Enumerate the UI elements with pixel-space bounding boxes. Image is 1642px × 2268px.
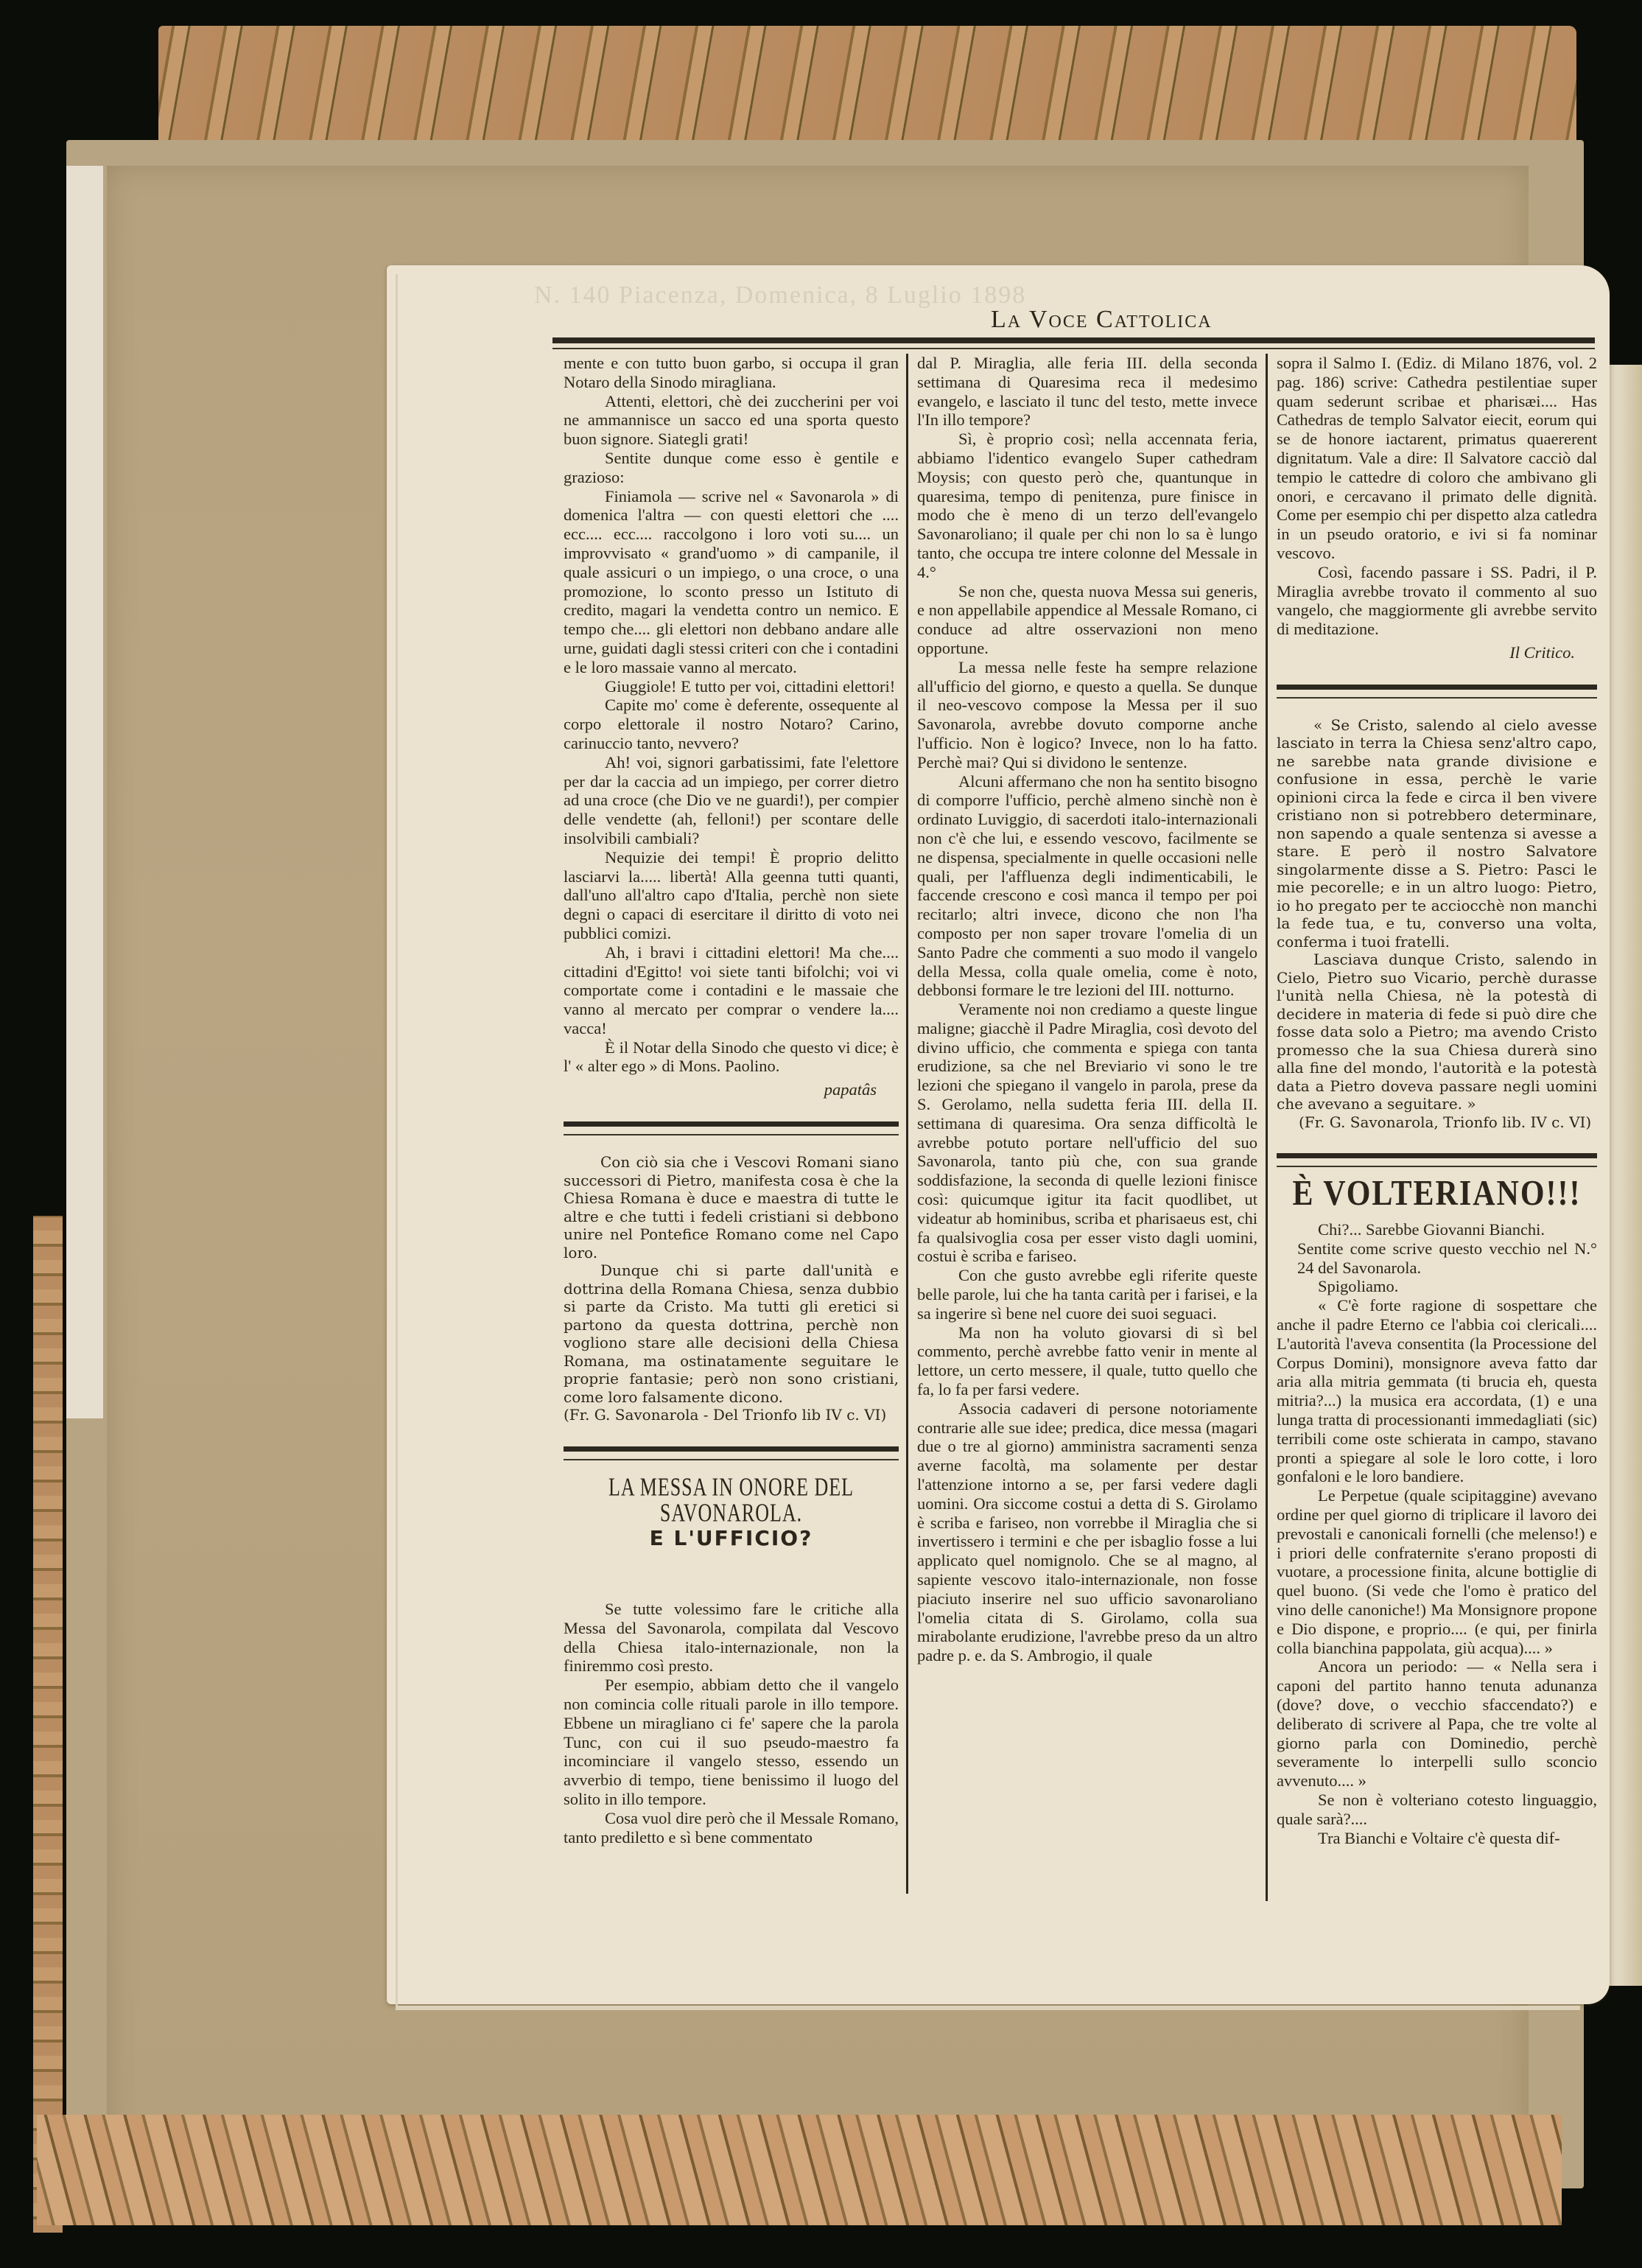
paragraph: Le Perpetue (quale scipitaggine) avevano…	[1277, 1486, 1597, 1657]
paragraph: Se non che, questa nuova Messa sui gener…	[917, 582, 1257, 658]
section-separator	[564, 1121, 899, 1135]
paper-edge-strip	[66, 166, 103, 1418]
paragraph: Ah! voi, signori garbatissimi, fate l'el…	[564, 753, 899, 848]
paragraph: Nequizie dei tempi! È proprio delitto la…	[564, 848, 899, 943]
article-headline: LA MESSA IN ONORE DEL SAVONAROLA.	[564, 1474, 899, 1526]
column-left: mente e con tutto buon garbo, si occupa …	[564, 354, 899, 1847]
section-separator	[1277, 1153, 1597, 1167]
paragraph: La messa nelle feste ha sempre relazione…	[917, 658, 1257, 772]
savonarola-quote: « Se Cristo, salendo al cielo avesse las…	[1277, 716, 1597, 1132]
paragraph: Associa cadaveri di persone notoriamente…	[917, 1399, 1257, 1665]
paragraph: sopra il Salmo I. (Ediz. di Milano 1876,…	[1277, 354, 1597, 563]
paragraph: Capite mo' come è deferente, ossequente …	[564, 696, 899, 752]
paragraph: Cosa vuol dire però che il Messale Roman…	[564, 1809, 899, 1847]
quote-paragraph: Dunque chi si parte dall'unità e dottrin…	[564, 1261, 899, 1406]
newspaper-page: N. 140 Piacenza, Domenica, 8 Luglio 1898…	[387, 265, 1610, 2004]
paragraph: mente e con tutto buon garbo, si occupa …	[564, 354, 899, 392]
paragraph: Giuggiole! E tutto per voi, cittadini el…	[564, 677, 899, 696]
article-signature: Il Critico.	[1277, 643, 1597, 662]
bleedthrough-header: N. 140 Piacenza, Domenica, 8 Luglio 1898	[534, 281, 1026, 309]
header-rule-thin	[552, 348, 1595, 349]
quote-citation: (Fr. G. Savonarola, Trionfo lib. IV c. V…	[1277, 1113, 1597, 1132]
paragraph: Sì, è proprio così; nella accennata feri…	[917, 430, 1257, 581]
quote-paragraph: Con ciò sia che i Vescovi Romani siano s…	[564, 1153, 899, 1261]
paragraph: Così, facendo passare i SS. Padri, il P.…	[1277, 563, 1597, 639]
paragraph: Chi?... Sarebbe Giovanni Bianchi.	[1277, 1220, 1597, 1239]
folder-board-bottom	[37, 2115, 1562, 2225]
paragraph: Per esempio, abbiam detto che il vangelo…	[564, 1676, 899, 1809]
column-divider	[906, 354, 908, 1894]
paragraph: « C'è forte ragione di sospettare che an…	[1277, 1296, 1597, 1486]
column-middle: dal P. Miraglia, alle feria III. della s…	[917, 354, 1257, 1665]
paragraph: Alcuni affermano che non ha sentito biso…	[917, 772, 1257, 1001]
article-headline: È VOLTERIANO!!!	[1277, 1183, 1597, 1205]
paragraph: Se tutte volessimo fare le critiche alla…	[564, 1600, 899, 1676]
quote-paragraph: Lasciava dunque Cristo, salendo in Cielo…	[1277, 951, 1597, 1113]
header-rule-thick	[552, 337, 1595, 343]
folder-board-left	[33, 1216, 63, 2233]
quote-citation: (Fr. G. Savonarola - Del Trionfo lib IV …	[564, 1406, 899, 1424]
paragraph: Sentite come scrive questo vecchio nel N…	[1277, 1239, 1597, 1278]
paragraph: Ah, i bravi i cittadini elettori! Ma che…	[564, 943, 899, 1038]
quote-paragraph: « Se Cristo, salendo al cielo avesse las…	[1277, 716, 1597, 951]
article-signature: papatâs	[564, 1080, 899, 1099]
article-subheadline: E L'UFFICIO?	[564, 1529, 899, 1548]
column-right: sopra il Salmo I. (Ediz. di Milano 1876,…	[1277, 354, 1597, 1847]
section-separator	[1277, 685, 1597, 699]
paragraph: Ma non ha voluto giovarsi di sì bel comm…	[917, 1323, 1257, 1399]
paragraph: È il Notar della Sinodo che questo vi di…	[564, 1038, 899, 1077]
paragraph: Veramente noi non crediamo a queste ling…	[917, 1000, 1257, 1266]
paragraph: Con che gusto avrebbe egli riferite ques…	[917, 1266, 1257, 1323]
paragraph: Se non è volteriano cotesto linguaggio, …	[1277, 1791, 1597, 1829]
section-separator	[564, 1446, 899, 1460]
paragraph: Finiamola — scrive nel « Savonarola » di…	[564, 487, 899, 677]
paragraph: Spigoliamo.	[1277, 1277, 1597, 1296]
masthead-title: La Voce Cattolica	[991, 306, 1213, 334]
paragraph: Attenti, elettori, chè dei zuccherini pe…	[564, 392, 899, 449]
paragraph: Ancora un periodo: — « Nella sera i capo…	[1277, 1657, 1597, 1791]
paragraph: Tra Bianchi e Voltaire c'è questa dif-	[1277, 1829, 1597, 1848]
paragraph: dal P. Miraglia, alle feria III. della s…	[917, 354, 1257, 430]
paragraph: Sentite dunque come esso è gentile e gra…	[564, 449, 899, 487]
column-divider	[1266, 354, 1268, 1901]
savonarola-quote: Con ciò sia che i Vescovi Romani siano s…	[564, 1153, 899, 1424]
